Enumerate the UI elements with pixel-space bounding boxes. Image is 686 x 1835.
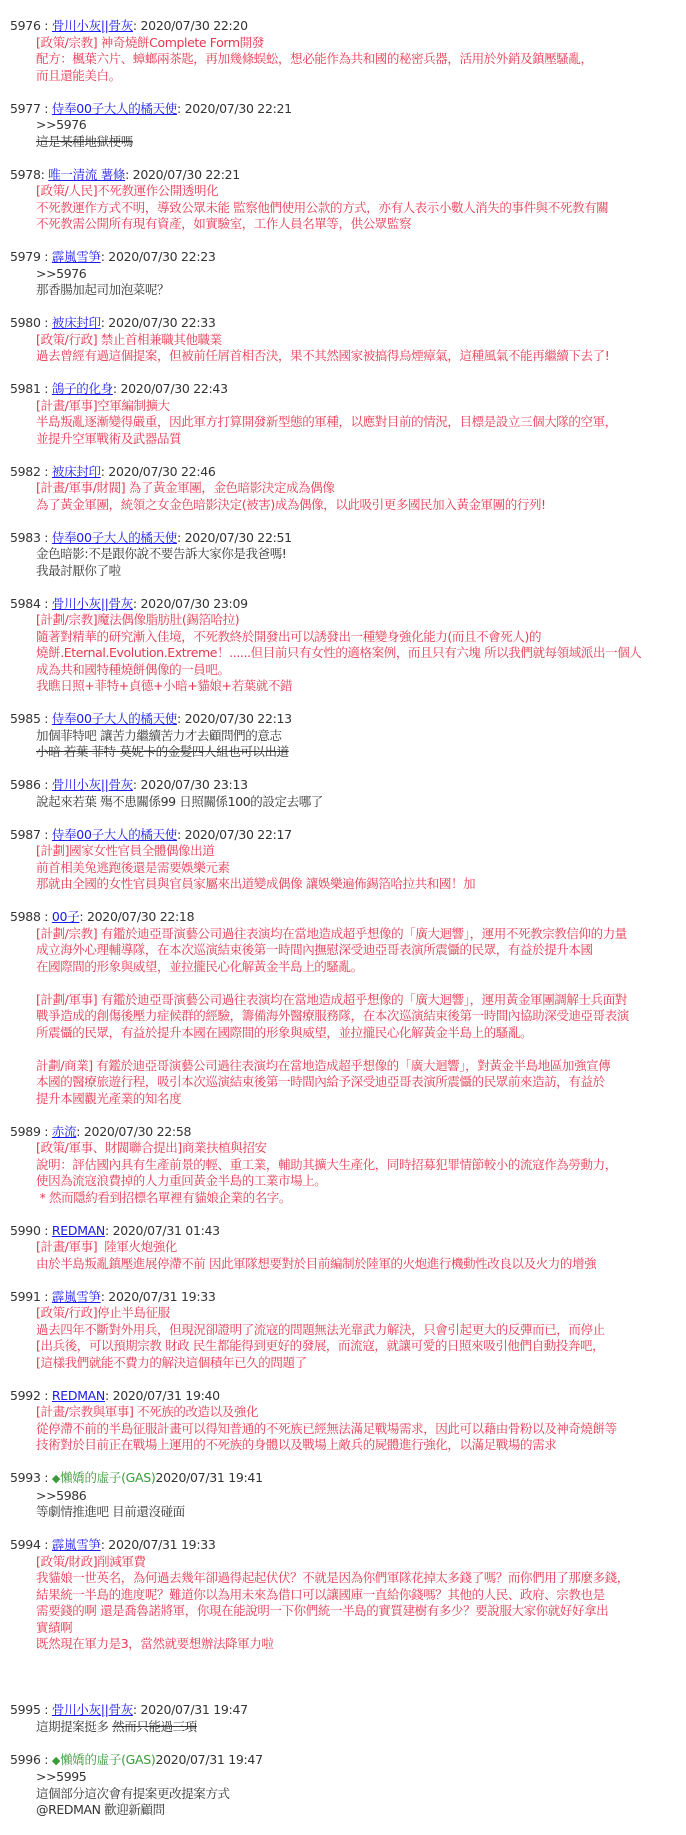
post-number: 5984	[10, 596, 41, 611]
post-line: 實績啊	[36, 1620, 680, 1637]
post-line: 使因為流寇浪費掉的人力重回黃金半島的工業市場上。	[36, 1173, 680, 1190]
post-separator: :	[41, 315, 52, 330]
author-link[interactable]: 被床封印	[52, 315, 101, 330]
forum-thread: 5976 : 骨川小灰||骨灰: 2020/07/30 22:20[政策/宗教]…	[0, 0, 686, 1819]
post-number: 5996	[10, 1752, 41, 1767]
post-line: 那香腸加起司加泡菜呢？	[36, 282, 680, 299]
post-timestamp: : 2020/07/30 22:33	[101, 315, 216, 330]
post-separator: :	[41, 1289, 52, 1304]
post-line: 過去曾經有過這個提案，但被前任屑首相否決，果不其然國家被搞得烏煙瘴氣，這種風氣不…	[36, 348, 680, 365]
post-timestamp: : 2020/07/31 19:33	[101, 1289, 216, 1304]
proposal-text: [計畫/軍事] 陸軍火炮強化	[36, 1239, 177, 1254]
forum-post: 5981 : 鴿子的化身: 2020/07/30 22:43[計畫/軍事]空軍編…	[10, 381, 680, 447]
proposal-text: 我瞧日照+菲特+貞德+小暗+貓娘+若葉就不錯	[36, 678, 292, 693]
post-timestamp: : 2020/07/30 22:18	[79, 909, 194, 924]
forum-post: 5993 : ◆懶嬌的虛子(GAS)2020/07/31 19:41>>5986…	[10, 1470, 680, 1521]
post-header: 5987 : 侍奉00子大人的橘天使: 2020/07/30 22:17	[10, 827, 680, 844]
proposal-text: [計劃/宗教]魔法偶像脂肪肚(錫箔哈拉)	[36, 612, 239, 627]
post-line: 說起來若葉 殤不患關係99 日照關係100的設定去哪了	[36, 794, 680, 811]
proposal-text: [政策/人民]不死教運作公開透明化	[36, 183, 218, 198]
post-number: 5992	[10, 1388, 41, 1403]
post-line: 本國的醫療旅遊行程，吸引本次巡演結束後第一時間內給予深受迪亞哥表演所震懾的民眾前…	[36, 1074, 680, 1091]
post-line: 所震懾的民眾，有益於提升本國在國際間的形象與威望，並拉攏民心化解黃金半島上的騷亂…	[36, 1025, 680, 1042]
post-header: 5982 : 被床封印: 2020/07/30 22:46	[10, 464, 680, 481]
post-line: >>5976	[36, 266, 680, 283]
post-separator: :	[41, 249, 52, 264]
post-separator: :	[41, 1223, 52, 1238]
proposal-text: [計劃/宗教] 有鑑於迪亞哥演藝公司過往表演均在當地造成超乎想像的「廣大迴響」，…	[36, 926, 627, 941]
proposal-text: 本國的醫療旅遊行程，吸引本次巡演結束後第一時間內給予深受迪亞哥表演所震懾的民眾前…	[36, 1074, 605, 1089]
post-line: [這樣我們就能不費力的解決這個積年已久的問題了	[36, 1355, 680, 1372]
post-line: >>5976	[36, 117, 680, 134]
reply-text: 小暗 若葉 菲特 莫妮卡的金髮四人組也可以出道	[36, 744, 289, 759]
reply-text: 金色暗影:不是跟你說不要告訴大家你是我爸嗎!	[36, 546, 286, 561]
post-line: [計劃]國家女性官員全體偶像出道	[36, 843, 680, 860]
post-header: 5985 : 侍奉00子大人的橘天使: 2020/07/30 22:13	[10, 711, 680, 728]
post-body: >>5986等劇情推進吧 目前還沒碰面	[10, 1488, 680, 1521]
post-number: 5985	[10, 711, 41, 726]
post-line: 金色暗影:不是跟你說不要告訴大家你是我爸嗎!	[36, 546, 680, 563]
proposal-text: [政策/宗教] 神奇燒餅Complete Form開發	[36, 35, 264, 50]
post-number: 5995	[10, 1702, 41, 1717]
post-line: 計劃/商業] 有鑑於迪亞哥演藝公司過往表演均在當地造成超乎想像的「廣大迴響」，對…	[36, 1058, 680, 1075]
post-line: [計畫/軍事/財閥] 為了黃金軍團，金色暗影決定成為偶像	[36, 480, 680, 497]
post-separator: :	[41, 596, 52, 611]
post-separator: :	[41, 530, 52, 545]
post-header: 5996 : ◆懶嬌的虛子(GAS)2020/07/31 19:47	[10, 1752, 680, 1770]
reply-text: 加個菲特吧 讓苦力繼續苦力才去顧問們的意志	[36, 728, 282, 743]
post-header: 5978: 唯一清流 薯條: 2020/07/30 22:21	[10, 167, 680, 184]
post-line: 提升本國觀光產業的知名度	[36, 1091, 680, 1108]
post-line: 那就由全國的女性官員與官員家屬來出道變成偶像 讓娛樂遍佈錫箔哈拉共和國！加	[36, 876, 680, 893]
post-separator: :	[41, 909, 52, 924]
post-line: 成為共和國特種燒餅偶像的一員吧。	[36, 662, 680, 679]
reply-text: 然而只能過三項	[112, 1719, 197, 1734]
forum-post: 5977 : 侍奉00子大人的橘天使: 2020/07/30 22:21>>59…	[10, 101, 680, 151]
post-body: [計畫/軍事]空軍編制擴大半島叛亂逐漸變得嚴重，因此軍方打算開發新型態的軍種，以…	[10, 398, 680, 448]
proposal-text: [政策/軍事、財閥聯合提出]商業扶植與招安	[36, 1140, 267, 1155]
reply-text: 等劇情推進吧 目前還沒碰面	[36, 1504, 185, 1519]
post-body: 這期提案挺多 然而只能過三項	[10, 1719, 680, 1736]
spacer	[10, 1669, 680, 1702]
post-number: 5981	[10, 381, 41, 396]
post-body: [計畫/宗教與軍事] 不死族的改造以及強化從停滯不前的半島征服計畫可以得知普通的…	[10, 1404, 680, 1454]
post-header: 5980 : 被床封印: 2020/07/30 22:33	[10, 315, 680, 332]
post-line: 隨著對精華的研究漸入佳境，不死教終於開發出可以誘發出一種變身強化能力(而且不會死…	[36, 629, 680, 646]
post-line: [政策/宗教] 神奇燒餅Complete Form開發	[36, 35, 680, 52]
post-header: 5995 : 骨川小灰||骨灰: 2020/07/31 19:47	[10, 1702, 680, 1719]
proposal-text: 需要錢的啊 還是喬魯諾將軍，你現在能說明一下你們統一半島的實質建樹有多少？要說服…	[36, 1603, 608, 1618]
post-header: 5991 : 霹嵐雪笋: 2020/07/31 19:33	[10, 1289, 680, 1306]
proposal-text: 提升本國觀光產業的知名度	[36, 1091, 181, 1106]
proposal-text: 由於半島叛亂鎮壓進展停滯不前 因此軍隊想要對於目前編制於陸軍的火炮進行機動性改良…	[36, 1256, 596, 1271]
post-timestamp: : 2020/07/30 23:13	[133, 777, 248, 792]
forum-post: 5995 : 骨川小灰||骨灰: 2020/07/31 19:47這期提案挺多 …	[10, 1702, 680, 1735]
proposal-text: 戰爭造成的創傷後壓力症候群的經驗，籌備海外醫療服務隊，在本次巡演結束後第一時間內…	[36, 1008, 629, 1023]
post-timestamp: : 2020/07/30 22:20	[133, 18, 248, 33]
paragraph-gap	[36, 975, 680, 992]
author-link[interactable]: 霹嵐雪笋	[52, 1537, 101, 1552]
proposal-text: 說明：評估國內具有生產前景的輕、重工業，輔助其擴大生產化，同時招募犯罪情節較小的…	[36, 1157, 617, 1172]
post-header: 5990 : REDMAN: 2020/07/31 01:43	[10, 1223, 680, 1240]
post-header: 5986 : 骨川小灰||骨灰: 2020/07/30 23:13	[10, 777, 680, 794]
proposal-text: 並提升空軍戰術及武器品質	[36, 431, 181, 446]
reply-text: >>5995	[36, 1769, 86, 1784]
post-timestamp: : 2020/07/30 22:43	[113, 381, 228, 396]
post-timestamp: : 2020/07/31 01:43	[105, 1223, 220, 1238]
post-line: 過去四年不斷對外用兵，但現況卻證明了流寇的問題無法光靠武力解決，只會引起更大的反…	[36, 1322, 680, 1339]
post-body: [政策/宗教] 神奇燒餅Complete Form開發配方：楓葉六片、蟑螂兩茶匙…	[10, 35, 680, 85]
post-line: [計劃/宗教]魔法偶像脂肪肚(錫箔哈拉)	[36, 612, 680, 629]
proposal-text: [出兵後，可以預期宗教 財政 民生都能得到更好的發展，而流寇，就讓可愛的日照來吸…	[36, 1338, 604, 1353]
post-number: 5987	[10, 827, 41, 842]
diamond-icon: ◆	[52, 1472, 60, 1485]
post-timestamp: : 2020/07/30 22:51	[177, 530, 292, 545]
post-header: 5981 : 鴿子的化身: 2020/07/30 22:43	[10, 381, 680, 398]
reply-text: 這個部分這次會有提案更改提案方式	[36, 1786, 230, 1801]
post-number: 5982	[10, 464, 41, 479]
post-body: [政策/財政]削減軍費我貓娘一世英名，為何過去幾年卻過得起起伏伏？不就是因為你們…	[10, 1554, 680, 1653]
forum-post: 5996 : ◆懶嬌的虛子(GAS)2020/07/31 19:47>>5995…	[10, 1752, 680, 1819]
post-body: 加個菲特吧 讓苦力繼續苦力才去顧問們的意志小暗 若葉 菲特 莫妮卡的金髮四人組也…	[10, 728, 680, 761]
proposal-text: 半島叛亂逐漸變得嚴重，因此軍方打算開發新型態的軍種，以應對目前的情況，目標是設立…	[36, 414, 617, 429]
forum-post: 5987 : 侍奉00子大人的橘天使: 2020/07/30 22:17[計劃]…	[10, 827, 680, 893]
post-line: 我瞧日照+菲特+貞德+小暗+貓娘+若葉就不錯	[36, 678, 680, 695]
forum-post: 5988 : 00子: 2020/07/30 22:18[計劃/宗教] 有鑑於迪…	[10, 909, 680, 1107]
proposal-text: 成立海外心理輔導隊，在本次巡演結束後第一時間內撫慰深受迪亞哥表演所震懾的民眾，有…	[36, 942, 593, 957]
proposal-text: 前首相美兔逃跑後還是需要娛樂元素	[36, 860, 230, 875]
post-separator: :	[41, 464, 52, 479]
author-link[interactable]: 骨川小灰||骨灰	[52, 1702, 133, 1717]
post-line: 戰爭造成的創傷後壓力症候群的經驗，籌備海外醫療服務隊，在本次巡演結束後第一時間內…	[36, 1008, 680, 1025]
post-line: 為了黃金軍團，統領之女金色暗影決定(被害)成為偶像，以此吸引更多國民加入黃金軍團…	[36, 497, 680, 514]
proposal-text: 使因為流寇浪費掉的人力重回黃金半島的工業市場上。	[36, 1173, 326, 1188]
post-body: [計劃/宗教] 有鑑於迪亞哥演藝公司過往表演均在當地造成超乎想像的「廣大迴響」，…	[10, 926, 680, 1108]
post-timestamp: : 2020/07/30 22:23	[101, 249, 216, 264]
post-line: 從停滯不前的半島征服計畫可以得知普通的不死族已經無法滿足戰場需求，因此可以藉由骨…	[36, 1421, 680, 1438]
post-separator: :	[41, 1470, 52, 1485]
post-line: 不死教需公開所有現有資產，如實驗室，工作人員名單等，供公眾監察	[36, 216, 680, 233]
proposal-text: [計畫/宗教與軍事] 不死族的改造以及強化	[36, 1404, 258, 1419]
forum-post: 5990 : REDMAN: 2020/07/31 01:43[計畫/軍事] 陸…	[10, 1223, 680, 1273]
post-number: 5994	[10, 1537, 41, 1552]
post-timestamp: : 2020/07/30 22:13	[177, 711, 292, 726]
post-number: 5990	[10, 1223, 41, 1238]
author-link[interactable]: 侍奉00子大人的橘天使	[52, 827, 177, 842]
author-link[interactable]: 侍奉00子大人的橘天使	[52, 711, 177, 726]
proposal-text: 技術對於目前正在戰場上運用的不死族的身體以及戰場上敵兵的屍體進行強化，以滿足戰場…	[36, 1437, 556, 1452]
post-line: * 然而隱約看到招標名單裡有貓娘企業的名字。	[36, 1190, 680, 1207]
post-number: 5980	[10, 315, 41, 330]
post-line: 由於半島叛亂鎮壓進展停滯不前 因此軍隊想要對於目前編制於陸軍的火炮進行機動性改良…	[36, 1256, 680, 1273]
post-body: >>5976這是某種地獄梗嗎	[10, 117, 680, 150]
post-line: 而且還能美白。	[36, 68, 680, 85]
post-number: 5983	[10, 530, 41, 545]
proposal-text: 隨著對精華的研究漸入佳境，不死教終於開發出可以誘發出一種變身強化能力(而且不會死…	[36, 629, 541, 644]
post-line: 配方：楓葉六片、蟑螂兩茶匙，再加幾條蜈蚣，想必能作為共和國的秘密兵器，活用於外銷…	[36, 51, 680, 68]
post-body: >>5995這個部分這次會有提案更改提案方式@REDMAN 歡迎新顧問	[10, 1769, 680, 1819]
post-separator: :	[41, 1752, 52, 1767]
author-link[interactable]: 侍奉00子大人的橘天使	[52, 101, 177, 116]
forum-post: 5989 : 赤流: 2020/07/30 22:58[政策/軍事、財閥聯合提出…	[10, 1124, 680, 1207]
reply-text: 那香腸加起司加泡菜呢？	[36, 282, 169, 297]
post-line: [計劃/軍事] 有鑑於迪亞哥演藝公司過往表演均在當地造成超乎想像的「廣大迴響」，…	[36, 992, 680, 1009]
proposal-text: 結果統一半島的進度呢？難道你以為用未來為借口可以讓國庫一直給你錢嗎？其他的人民、…	[36, 1587, 605, 1602]
reply-text: 這是某種地獄梗嗎	[36, 134, 133, 149]
post-number: 5986	[10, 777, 41, 792]
post-line: 說明：評估國內具有生產前景的輕、重工業，輔助其擴大生產化，同時招募犯罪情節較小的…	[36, 1157, 680, 1174]
reply-text: >>5976	[36, 266, 86, 281]
proposal-text: [計畫/軍事]空軍編制擴大	[36, 398, 170, 413]
post-line: [政策/人民]不死教運作公開透明化	[36, 183, 680, 200]
post-line: >>5995	[36, 1769, 680, 1786]
post-number: 5993	[10, 1470, 41, 1485]
proposal-text: 所震懾的民眾，有益於提升本國在國際間的形象與威望，並拉攏民心化解黃金半島上的騷亂…	[36, 1025, 532, 1040]
forum-post: 5982 : 被床封印: 2020/07/30 22:46[計畫/軍事/財閥] …	[10, 464, 680, 514]
forum-post: 5979 : 霹嵐雪笋: 2020/07/30 22:23>>5976那香腸加起…	[10, 249, 680, 299]
proposal-text: 計劃/商業] 有鑑於迪亞哥演藝公司過往表演均在當地造成超乎想像的「廣大迴響」，對…	[36, 1058, 610, 1073]
post-line: [政策/行政]停止半島征服	[36, 1305, 680, 1322]
reply-text: >>5986	[36, 1488, 86, 1503]
forum-post: 5976 : 骨川小灰||骨灰: 2020/07/30 22:20[政策/宗教]…	[10, 18, 680, 84]
post-line: 並提升空軍戰術及武器品質	[36, 431, 680, 448]
proposal-text: [政策/行政]停止半島征服	[36, 1305, 170, 1320]
forum-post: 5978: 唯一清流 薯條: 2020/07/30 22:21[政策/人民]不死…	[10, 167, 680, 233]
post-separator: :	[41, 101, 52, 116]
proposal-text: [政策/財政]削減軍費	[36, 1554, 146, 1569]
post-number: 5988	[10, 909, 41, 924]
post-body: [計畫/軍事/財閥] 為了黃金軍團，金色暗影決定成為偶像為了黃金軍團，統領之女金…	[10, 480, 680, 513]
proposal-text: [計畫/軍事/財閥] 為了黃金軍團，金色暗影決定成為偶像	[36, 480, 334, 495]
post-header: 5993 : ◆懶嬌的虛子(GAS)2020/07/31 19:41	[10, 1470, 680, 1488]
proposal-text: 既然現在軍力是3，當然就要想辦法降軍力啦	[36, 1636, 273, 1651]
post-line: 我貓娘一世英名，為何過去幾年卻過得起起伏伏？不就是因為你們軍隊花掉太多錢了嗎？而…	[36, 1570, 680, 1587]
post-separator: :	[41, 381, 52, 396]
post-separator: :	[41, 18, 52, 33]
proposal-text: 配方：楓葉六片、蟑螂兩茶匙，再加幾條蜈蚣，想必能作為共和國的秘密兵器，活用於外銷…	[36, 51, 593, 66]
post-timestamp: : 2020/07/30 22:46	[101, 464, 216, 479]
post-separator: :	[41, 777, 52, 792]
post-timestamp: : 2020/07/30 22:58	[76, 1124, 191, 1139]
post-header: 5979 : 霹嵐雪笋: 2020/07/30 22:23	[10, 249, 680, 266]
post-timestamp: : 2020/07/30 23:09	[133, 596, 248, 611]
proposal-text: 不死教需公開所有現有資產，如實驗室，工作人員名單等，供公眾監察	[36, 216, 411, 231]
post-line: 技術對於目前正在戰場上運用的不死族的身體以及戰場上敵兵的屍體進行強化，以滿足戰場…	[36, 1437, 680, 1454]
author-link[interactable]: 骨川小灰||骨灰	[52, 777, 133, 792]
author-link[interactable]: 赤流	[52, 1124, 76, 1139]
post-header: 5984 : 骨川小灰||骨灰: 2020/07/30 23:09	[10, 596, 680, 613]
post-line: 等劇情推進吧 目前還沒碰面	[36, 1504, 680, 1521]
post-separator: :	[41, 1537, 52, 1552]
forum-post: 5984 : 骨川小灰||骨灰: 2020/07/30 23:09[計劃/宗教]…	[10, 596, 680, 695]
forum-post: 5991 : 霹嵐雪笋: 2020/07/31 19:33[政策/行政]停止半島…	[10, 1289, 680, 1372]
proposal-text: [計劃]國家女性官員全體偶像出道	[36, 843, 214, 858]
reply-text: 說起來若葉 殤不患關係99 日照關係100的設定去哪了	[36, 794, 323, 809]
author-link[interactable]: 霹嵐雪笋	[52, 1289, 101, 1304]
author-link[interactable]: 骨川小灰||骨灰	[52, 18, 133, 33]
post-timestamp: 2020/07/31 19:47	[156, 1752, 263, 1767]
proposal-text: 為了黃金軍團，統領之女金色暗影決定(被害)成為偶像，以此吸引更多國民加入黃金軍團…	[36, 497, 546, 512]
proposal-text: * 然而隱約看到招標名單裡有貓娘企業的名字。	[36, 1190, 291, 1205]
post-line: 在國際間的形象與威望，並拉攏民心化解黃金半島上的騷亂。	[36, 959, 680, 976]
post-line: [政策/行政] 禁止首相兼職其他職業	[36, 332, 680, 349]
proposal-text: 那就由全國的女性官員與官員家屬來出道變成偶像 讓娛樂遍佈錫箔哈拉共和國！加	[36, 876, 475, 891]
post-timestamp: 2020/07/31 19:41	[156, 1470, 263, 1485]
post-body: [計劃]國家女性官員全體偶像出道前首相美兔逃跑後還是需要娛樂元素那就由全國的女性…	[10, 843, 680, 893]
proposal-text: 而且還能美白。	[36, 68, 121, 83]
post-number: 5976	[10, 18, 41, 33]
post-header: 5977 : 侍奉00子大人的橘天使: 2020/07/30 22:21	[10, 101, 680, 118]
forum-post: 5983 : 侍奉00子大人的橘天使: 2020/07/30 22:51金色暗影…	[10, 530, 680, 580]
post-number: 5977	[10, 101, 41, 116]
author-link[interactable]: REDMAN	[52, 1223, 105, 1238]
post-separator: :	[41, 1124, 52, 1139]
proposal-text: 不死教運作方式不明，導致公眾未能 監察他們使用公款的方式，亦有人表示小數人消失的…	[36, 200, 608, 215]
post-header: 5994 : 霹嵐雪笋: 2020/07/31 19:33	[10, 1537, 680, 1554]
post-line: [政策/財政]削減軍費	[36, 1554, 680, 1571]
post-body: 說起來若葉 殤不患關係99 日照關係100的設定去哪了	[10, 794, 680, 811]
post-line: 這期提案挺多 然而只能過三項	[36, 1719, 680, 1736]
post-header: 5989 : 赤流: 2020/07/30 22:58	[10, 1124, 680, 1141]
post-header: 5992 : REDMAN: 2020/07/31 19:40	[10, 1388, 680, 1405]
post-line: 這個部分這次會有提案更改提案方式	[36, 1786, 680, 1803]
reply-text: 這期提案挺多	[36, 1719, 112, 1734]
post-line: 前首相美兔逃跑後還是需要娛樂元素	[36, 860, 680, 877]
post-line: 小暗 若葉 菲特 莫妮卡的金髮四人組也可以出道	[36, 744, 680, 761]
forum-post: 5980 : 被床封印: 2020/07/30 22:33[政策/行政] 禁止首…	[10, 315, 680, 365]
post-header: 5983 : 侍奉00子大人的橘天使: 2020/07/30 22:51	[10, 530, 680, 547]
author-name-gm: 懶嬌的虛子(GAS)	[60, 1752, 155, 1767]
author-link[interactable]: 唯一清流 薯條	[48, 167, 125, 182]
post-number: 5978	[10, 167, 41, 182]
proposal-text: 我貓娘一世英名，為何過去幾年卻過得起起伏伏？不就是因為你們軍隊花掉太多錢了嗎？而…	[36, 1570, 629, 1585]
author-name-gm: 懶嬌的虛子(GAS)	[60, 1470, 155, 1485]
post-line: 成立海外心理輔導隊，在本次巡演結束後第一時間內撫慰深受迪亞哥表演所震懾的民眾，有…	[36, 942, 680, 959]
proposal-text: 從停滯不前的半島征服計畫可以得知普通的不死族已經無法滿足戰場需求，因此可以藉由骨…	[36, 1421, 617, 1436]
post-body: [計劃/宗教]魔法偶像脂肪肚(錫箔哈拉)隨著對精華的研究漸入佳境，不死教終於開發…	[10, 612, 680, 695]
author-link[interactable]: 00子	[52, 909, 80, 924]
post-line: 燒餅.Eternal.Evolution.Extreme！......但目前只有…	[36, 645, 680, 662]
post-line: 半島叛亂逐漸變得嚴重，因此軍方打算開發新型態的軍種，以應對目前的情況，目標是設立…	[36, 414, 680, 431]
post-line: 加個菲特吧 讓苦力繼續苦力才去顧問們的意志	[36, 728, 680, 745]
proposal-text: 成為共和國特種燒餅偶像的一員吧。	[36, 662, 230, 677]
post-header: 5988 : 00子: 2020/07/30 22:18	[10, 909, 680, 926]
forum-post: 5985 : 侍奉00子大人的橘天使: 2020/07/30 22:13加個菲特…	[10, 711, 680, 761]
post-body: [政策/行政]停止半島征服過去四年不斷對外用兵，但現況卻證明了流寇的問題無法光靠…	[10, 1305, 680, 1371]
post-timestamp: : 2020/07/30 22:21	[125, 167, 240, 182]
post-timestamp: : 2020/07/30 22:21	[177, 101, 292, 116]
post-line: [計畫/軍事]空軍編制擴大	[36, 398, 680, 415]
post-line: [政策/軍事、財閥聯合提出]商業扶植與招安	[36, 1140, 680, 1157]
post-line: [計劃/宗教] 有鑑於迪亞哥演藝公司過往表演均在當地造成超乎想像的「廣大迴響」，…	[36, 926, 680, 943]
post-separator: :	[41, 711, 52, 726]
post-separator: :	[41, 1702, 52, 1717]
post-body: >>5976那香腸加起司加泡菜呢？	[10, 266, 680, 299]
author-link[interactable]: REDMAN	[52, 1388, 105, 1403]
reply-text: >>5976	[36, 117, 86, 132]
author-link[interactable]: 骨川小灰||骨灰	[52, 596, 133, 611]
post-line: 不死教運作方式不明，導致公眾未能 監察他們使用公款的方式，亦有人表示小數人消失的…	[36, 200, 680, 217]
post-number: 5989	[10, 1124, 41, 1139]
post-body: [政策/人民]不死教運作公開透明化不死教運作方式不明，導致公眾未能 監察他們使用…	[10, 183, 680, 233]
forum-post: 5992 : REDMAN: 2020/07/31 19:40[計畫/宗教與軍事…	[10, 1388, 680, 1454]
proposal-text: 過去曾經有過這個提案，但被前任屑首相否決，果不其然國家被搞得烏煙瘴氣，這種風氣不…	[36, 348, 609, 363]
post-line: [出兵後，可以預期宗教 財政 民生都能得到更好的發展，而流寇，就讓可愛的日照來吸…	[36, 1338, 680, 1355]
paragraph-gap	[36, 1041, 680, 1058]
proposal-text: 過去四年不斷對外用兵，但現況卻證明了流寇的問題無法光靠武力解決，只會引起更大的反…	[36, 1322, 605, 1337]
proposal-text: 實績啊	[36, 1620, 72, 1635]
diamond-icon: ◆	[52, 1754, 60, 1767]
post-line: 我最討厭你了啦	[36, 563, 680, 580]
post-timestamp: : 2020/07/31 19:40	[105, 1388, 220, 1403]
post-number: 5979	[10, 249, 41, 264]
proposal-text: [計劃/軍事] 有鑑於迪亞哥演藝公司過往表演均在當地造成超乎想像的「廣大迴響」，…	[36, 992, 627, 1007]
reply-text: 我最討厭你了啦	[36, 563, 121, 578]
author-link[interactable]: 侍奉00子大人的橘天使	[52, 530, 177, 545]
forum-post: 5994 : 霹嵐雪笋: 2020/07/31 19:33[政策/財政]削減軍費…	[10, 1537, 680, 1653]
post-body: 金色暗影:不是跟你說不要告訴大家你是我爸嗎!我最討厭你了啦	[10, 546, 680, 579]
post-line: [計畫/宗教與軍事] 不死族的改造以及強化	[36, 1404, 680, 1421]
author-link[interactable]: 鴿子的化身	[52, 381, 113, 396]
post-body: [政策/行政] 禁止首相兼職其他職業過去曾經有過這個提案，但被前任屑首相否決，果…	[10, 332, 680, 365]
reply-text: @REDMAN 歡迎新顧問	[36, 1802, 165, 1817]
post-separator: :	[41, 827, 52, 842]
post-body: [政策/軍事、財閥聯合提出]商業扶植與招安說明：評估國內具有生產前景的輕、重工業…	[10, 1140, 680, 1206]
post-number: 5991	[10, 1289, 41, 1304]
post-line: >>5986	[36, 1488, 680, 1505]
post-line: @REDMAN 歡迎新顧問	[36, 1802, 680, 1819]
post-timestamp: : 2020/07/31 19:47	[133, 1702, 248, 1717]
proposal-text: [這樣我們就能不費力的解決這個積年已久的問題了	[36, 1355, 307, 1370]
post-line: 結果統一半島的進度呢？難道你以為用未來為借口可以讓國庫一直給你錢嗎？其他的人民、…	[36, 1587, 680, 1604]
forum-post: 5986 : 骨川小灰||骨灰: 2020/07/30 23:13說起來若葉 殤…	[10, 777, 680, 810]
proposal-text: 在國際間的形象與威望，並拉攏民心化解黃金半島上的騷亂。	[36, 959, 363, 974]
post-body: [計畫/軍事] 陸軍火炮強化由於半島叛亂鎮壓進展停滯不前 因此軍隊想要對於目前編…	[10, 1239, 680, 1272]
post-line: [計畫/軍事] 陸軍火炮強化	[36, 1239, 680, 1256]
proposal-text: 燒餅.Eternal.Evolution.Extreme！......但目前只有…	[36, 645, 641, 660]
author-link[interactable]: 被床封印	[52, 464, 101, 479]
post-timestamp: : 2020/07/31 19:33	[101, 1537, 216, 1552]
post-line: 既然現在軍力是3，當然就要想辦法降軍力啦	[36, 1636, 680, 1653]
post-line: 這是某種地獄梗嗎	[36, 134, 680, 151]
proposal-text: [政策/行政] 禁止首相兼職其他職業	[36, 332, 222, 347]
post-header: 5976 : 骨川小灰||骨灰: 2020/07/30 22:20	[10, 18, 680, 35]
author-link[interactable]: 霹嵐雪笋	[52, 249, 101, 264]
post-line: 需要錢的啊 還是喬魯諾將軍，你現在能說明一下你們統一半島的實質建樹有多少？要說服…	[36, 1603, 680, 1620]
post-timestamp: : 2020/07/30 22:17	[177, 827, 292, 842]
post-separator: :	[41, 1388, 52, 1403]
